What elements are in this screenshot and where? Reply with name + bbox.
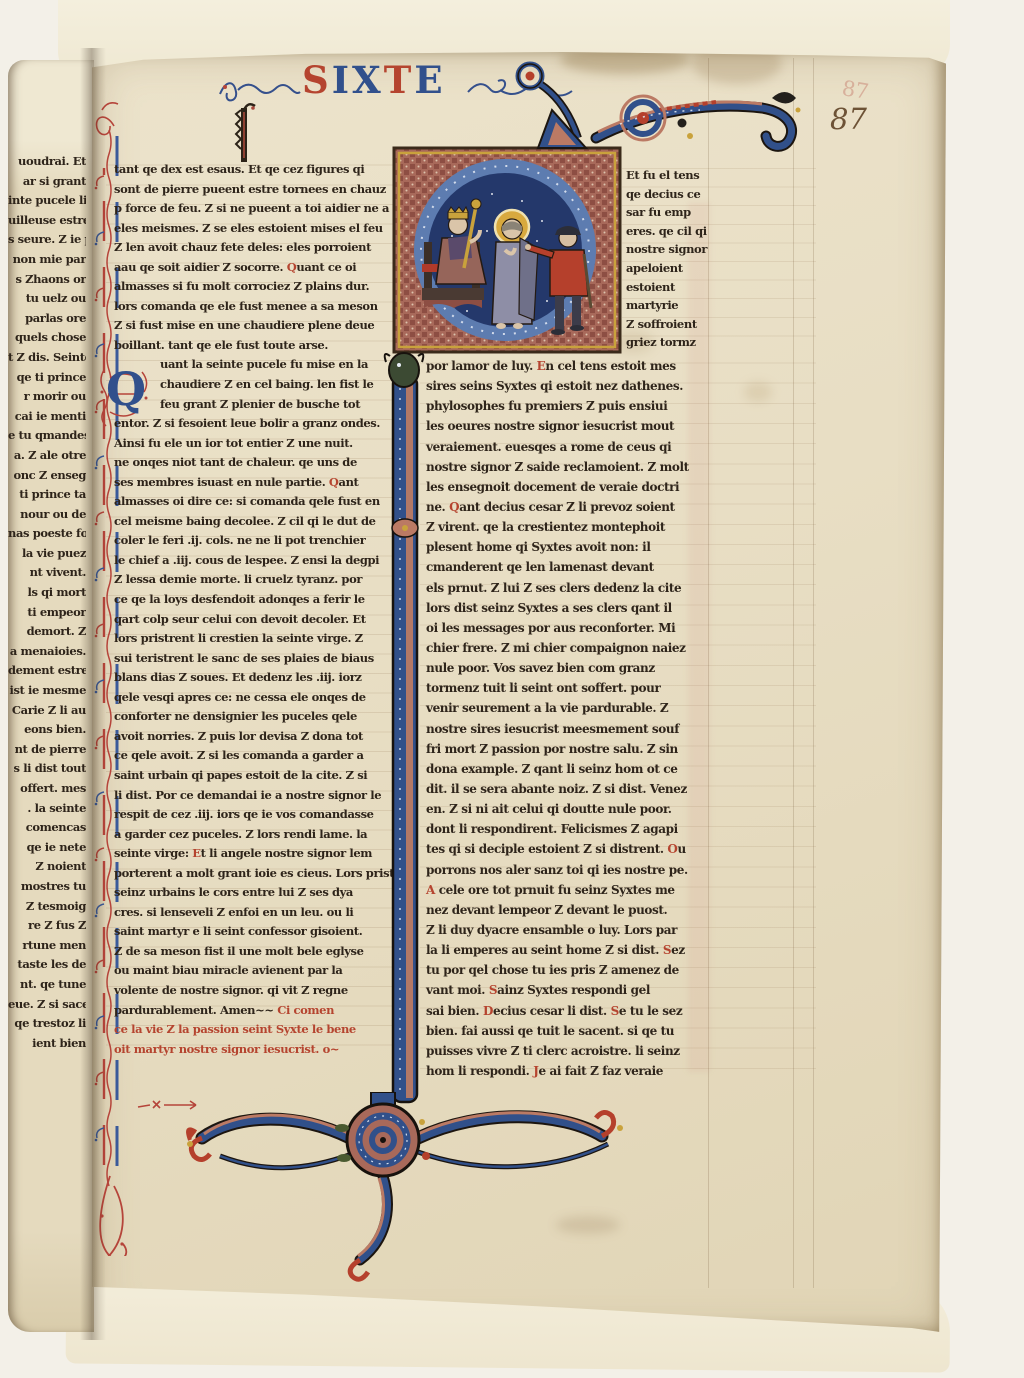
- text-line: pardurablement. Amen~~ Ci comen: [114, 1001, 386, 1021]
- text-line: cai ie menti: [8, 407, 86, 427]
- text-line: tormenz tuit li seint ont soffert. pour: [426, 678, 714, 698]
- text-line: Z si fust mise en une chaudiere plene de…: [114, 316, 386, 336]
- text-line: Z virent. qe la crestientez montephoit: [426, 517, 714, 537]
- text-line: lors pristrent li crestien la seinte vir…: [114, 629, 386, 649]
- text-line: qele vesqi apres ce: ne cessa ele onqes …: [114, 688, 386, 708]
- text-line: apeloient: [626, 259, 714, 278]
- text-line: lors comanda qe ele fust menee a sa meso…: [114, 297, 386, 317]
- text-line: uilleuse estre: [8, 211, 86, 231]
- folio-number: 87: [830, 102, 867, 136]
- text-line: les oeures nostre signor iesucrist mout: [426, 416, 714, 436]
- text-line: ce la vie Z la passion seint Syxte le be…: [114, 1020, 386, 1040]
- text-line: almasses si fu molt corrociez Z plains d…: [114, 277, 386, 297]
- red-marginal-mark: [136, 1094, 206, 1116]
- text-line: nt de pierre: [8, 740, 86, 760]
- text-line: martyrie: [626, 296, 714, 315]
- text-line: s seure. Z ie pa: [8, 230, 86, 250]
- text-line: griez tormz: [626, 333, 714, 352]
- text-line: la li emperes au seint home Z si dist. S…: [426, 940, 714, 960]
- text-line: sai bien. Decius cesar li dist. Se tu le…: [426, 1001, 714, 1021]
- text-line: conforter ne densignier les puceles qele: [114, 707, 386, 727]
- text-line: lors dist seinz Syxtes a ses clers qant …: [426, 598, 714, 618]
- text-line: sires seins Syxtes qi estoit nez dathene…: [426, 376, 714, 396]
- text-line: Z de sa meson fist il une molt bele egly…: [114, 942, 386, 962]
- text-line: ti empeor: [8, 603, 86, 623]
- text-line: eles meismes. Z se eles estoient mises e…: [114, 219, 386, 239]
- title-letter: X: [352, 58, 384, 102]
- text-line: sui teristrent le sanc de ses plaies de …: [114, 649, 386, 669]
- text-line: demort. Z: [8, 622, 86, 642]
- text-line: tes qi si deciple estoient Z si distrent…: [426, 839, 714, 859]
- text-line: dona example. Z qant li seinz hom ot ce: [426, 759, 714, 779]
- text-line: plesent home qi Syxtes avoit non: il: [426, 537, 714, 557]
- text-line: seinte virge: Et li angele nostre signor…: [114, 844, 386, 864]
- running-title: SIXTE: [302, 58, 482, 118]
- text-line: ou maint biau miracle avienent par la: [114, 961, 386, 981]
- text-line: t Z dis. Seinte: [8, 348, 86, 368]
- text-line: respit de cez .iij. iors qe ie vos coman…: [114, 805, 386, 825]
- text-line: nt. qe tune: [8, 975, 86, 995]
- text-line: ce qe la loys desfendoit adonqes a ferir…: [114, 590, 386, 610]
- text-line: porterent a molt grant ioie es cieus. Lo…: [114, 864, 386, 884]
- text-line: por lamor de luy. En cel tens estoit mes: [426, 356, 714, 376]
- text-line: aau qe soit aidier Z socorre. Quant ce o…: [114, 258, 386, 278]
- text-line: hom li respondi. Je ai fait Z faz veraie: [426, 1061, 714, 1081]
- left-text-column: tant qe dex est esaus. Et qe cez figures…: [114, 160, 386, 1059]
- text-line: ce qele avoit. Z si les comanda a garder…: [114, 746, 386, 766]
- text-line: feu grant Z plenier de busche tot: [114, 395, 386, 415]
- text-line: Z li duy dyacre ensamble o luy. Lors par: [426, 920, 714, 940]
- text-line: cmanderent qe len lamenast devant: [426, 557, 714, 577]
- text-line: re Z fus Z: [8, 916, 86, 936]
- text-line: saint urbain qi papes estoit de la cite.…: [114, 766, 386, 786]
- text-line: quels chose: [8, 328, 86, 348]
- text-line: ist ie mesme: [8, 681, 86, 701]
- text-line: a garder cez puceles. Z lors rendi lame.…: [114, 825, 386, 845]
- text-line: s li dist tout: [8, 759, 86, 779]
- text-line: cres. si lenseveli Z enfoi en un leu. ou…: [114, 903, 386, 923]
- text-line: ti prince ta: [8, 485, 86, 505]
- text-line: tant qe dex est esaus. Et qe cez figures…: [114, 160, 386, 180]
- text-line: p force de feu. Z si ne pueent a toi aid…: [114, 199, 386, 219]
- text-line: sont de pierre pueent estre tornees en c…: [114, 180, 386, 200]
- text-line: la vie puez: [8, 544, 86, 564]
- text-line: qe ie nete: [8, 838, 86, 858]
- text-line: dement estre: [8, 661, 86, 681]
- text-line: taste les de: [8, 955, 86, 975]
- vertical-bar-ornament: [380, 348, 432, 1110]
- text-line: avoit norries. Z puis lor devisa Z dona …: [114, 727, 386, 747]
- text-line: ls qi mort: [8, 583, 86, 603]
- text-line: r morir ou: [8, 387, 86, 407]
- penwork-initial-Q: Q: [98, 364, 150, 428]
- text-line: qart colp seur celui con devoit decoler.…: [114, 610, 386, 630]
- text-line: ar si grant: [8, 172, 86, 192]
- text-line: seinz urbains le cors entre lui Z ses dy…: [114, 883, 386, 903]
- text-line: cel meisme baing decolee. Z cil qi le du…: [114, 512, 386, 532]
- text-line: s Zhaons or: [8, 270, 86, 290]
- text-line: qe trestoz li: [8, 1014, 86, 1034]
- text-line: venir seurement a la vie pardurable. Z: [426, 698, 714, 718]
- text-line: li dist. Por ce demandai ie a nostre sig…: [114, 786, 386, 806]
- text-line: nour ou de: [8, 505, 86, 525]
- text-line: vant moi. Sainz Syxtes respondi gel: [426, 980, 714, 1000]
- text-line: porrons nos aler sanz toi qi ies nostre …: [426, 860, 714, 880]
- text-line: a menaioies.: [8, 642, 86, 662]
- manuscript-photo: uoudrai. Etar si grantinte pucele liuill…: [0, 0, 1024, 1378]
- text-line: dont li respondirent. Felicismes Z agapi: [426, 819, 714, 839]
- text-line: puisses vivre Z ti clerc acroistre. li s…: [426, 1041, 714, 1061]
- text-line: boillant. tant qe ele fust toute arse.: [114, 336, 386, 356]
- text-line: uant la seinte pucele fu mise en la: [114, 355, 386, 375]
- text-line: els prnut. Z lui Z ses clers dedenz la c…: [426, 578, 714, 598]
- text-line: oi les messages por aus reconforter. Mi: [426, 618, 714, 638]
- text-line: offert. mes: [8, 779, 86, 799]
- text-line: eue. Z si sace: [8, 995, 86, 1015]
- text-line: Z soffroient: [626, 315, 714, 334]
- text-line: nas poeste fors: [8, 524, 86, 544]
- title-letter: T: [384, 58, 415, 102]
- text-line: entor. Z si fesoient leue bolir a granz …: [114, 414, 386, 434]
- text-line: le chief a .iij. cous de lespee. Z ensi …: [114, 551, 386, 571]
- text-line: a. Z ale otre: [8, 446, 86, 466]
- text-line: inte pucele li: [8, 191, 86, 211]
- stain: [744, 382, 772, 402]
- text-line: non mie par: [8, 250, 86, 270]
- text-line: Carie Z li au: [8, 701, 86, 721]
- text-line: volente de nostre signor. qi vit Z regne: [114, 981, 386, 1001]
- text-line: ne. Qant decius cesar Z li prevoz soient: [426, 497, 714, 517]
- folio-number-faint: 87: [840, 76, 870, 104]
- text-line: Z lessa demie morte. li cruelz tyranz. p…: [114, 570, 386, 590]
- text-line: ne onqes niot tant de chaleur. qe uns de: [114, 453, 386, 473]
- text-line: nule poor. Vos savez bien com granz: [426, 658, 714, 678]
- text-line: eres. qe cil qi: [626, 222, 714, 241]
- text-line: nez devant lempeor Z devant le puost.: [426, 900, 714, 920]
- text-line: onc Z enseg: [8, 466, 86, 486]
- text-line: oit martyr nostre signor iesucrist. o~: [114, 1040, 386, 1060]
- text-line: eons bien.: [8, 720, 86, 740]
- top-bar-ornament: [500, 52, 830, 202]
- right-text-column: por lamor de luy. En cel tens estoit mes…: [426, 356, 714, 1081]
- text-line: comencas: [8, 818, 86, 838]
- text-line: parlas ore: [8, 309, 86, 329]
- text-line: ient bien: [8, 1034, 86, 1054]
- text-line: veraiement. euesqes a rome de ceus qi: [426, 437, 714, 457]
- text-line: saint martyr e li seint confessor gisoie…: [114, 922, 386, 942]
- text-line: uoudrai. Et: [8, 152, 86, 172]
- bottom-cross-ornament: [172, 1092, 642, 1302]
- text-line: e tu qmandes: [8, 426, 86, 446]
- text-line: . la seinte: [8, 799, 86, 819]
- text-line: nostre sires iesucrist meesmement souf: [426, 719, 714, 739]
- text-line: ses membres isuast en nule partie. Qant: [114, 473, 386, 493]
- ruled-vertical-line: [793, 58, 794, 1288]
- title-letter: I: [332, 58, 352, 102]
- text-line: en. Z si ni ait celui qi doutte nule poo…: [426, 799, 714, 819]
- text-line: rtune men: [8, 936, 86, 956]
- text-line: Z noient: [8, 857, 86, 877]
- text-line: chier frere. Z mi chier compaignon naiez: [426, 638, 714, 658]
- text-line: les ensegnoit docement de veraie doctri: [426, 477, 714, 497]
- text-line: chaudiere Z en cel baing. len fist le: [114, 375, 386, 395]
- text-line: nostre signor: [626, 240, 714, 259]
- text-line: tu por qel chose tu ies pris Z amenez de: [426, 960, 714, 980]
- ruled-vertical-line: [813, 58, 814, 1288]
- previous-folio-text-column: uoudrai. Etar si grantinte pucele liuill…: [8, 152, 86, 1064]
- text-line: nt vivent.: [8, 563, 86, 583]
- text-line: phylosophes fu premiers Z puis ensiui: [426, 396, 714, 416]
- text-line: Z tesmoig: [8, 897, 86, 917]
- title-letter: S: [302, 58, 332, 102]
- text-line: coler le feri .ij. cols. ne ne li pot tr…: [114, 531, 386, 551]
- text-line: Z len avoit chauz fete deles: eles porro…: [114, 238, 386, 258]
- text-line: A cele ore tot prnuit fu seinz Syxtes me: [426, 880, 714, 900]
- text-line: fri mort Z passion por nostre salu. Z si…: [426, 739, 714, 759]
- text-line: blans dias Z soues. Et dedenz les .iij. …: [114, 668, 386, 688]
- title-letter: E: [414, 58, 445, 102]
- text-line: tu uelz ou: [8, 289, 86, 309]
- text-line: qe ti prince: [8, 368, 86, 388]
- text-line: estoient: [626, 278, 714, 297]
- text-line: sar fu emp: [626, 203, 714, 222]
- text-line: almasses oi dire ce: si comanda qele fus…: [114, 492, 386, 512]
- text-line: dit. il se sera abante noiz. Z si dist. …: [426, 779, 714, 799]
- cadel-ascender: [230, 102, 256, 168]
- manuscript-page: SIXTE 87 87 tant qe dex est esaus. Et qe…: [92, 52, 946, 1337]
- text-line: mostres tu: [8, 877, 86, 897]
- text-line: Ainsi fu ele un ior tot entier Z une nui…: [114, 434, 386, 454]
- text-line: nostre signor Z saide reclamoient. Z mol…: [426, 457, 714, 477]
- previous-folio-edge: uoudrai. Etar si grantinte pucele liuill…: [8, 60, 94, 1332]
- text-line: bien. fai aussi qe tuit le sacent. si qe…: [426, 1021, 714, 1041]
